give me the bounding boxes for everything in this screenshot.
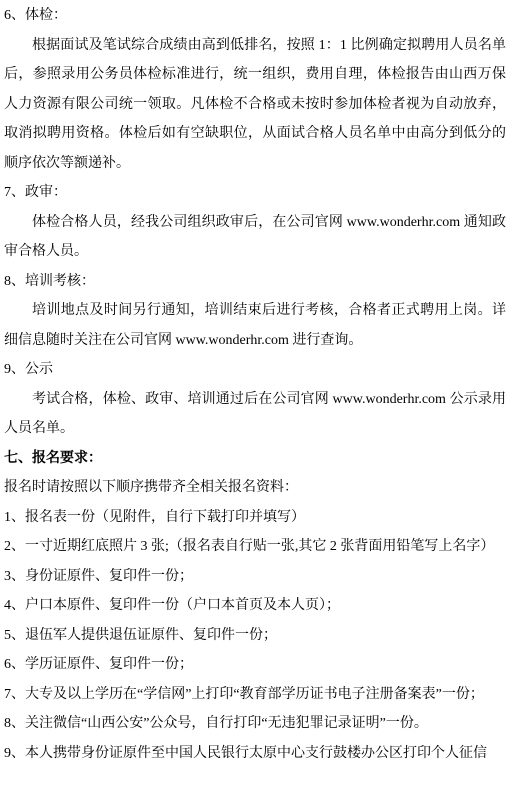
list-item-2-photos: 2、一寸近期红底照片 3 张;（报名表自行贴一张,其它 2 张背面用铅笔写上名字… — [4, 532, 506, 562]
heading-8-training-assessment: 8、培训考核： — [4, 267, 506, 297]
list-item-5-veteran-certificate: 5、退伍军人提供退伍证原件、复印件一份； — [4, 621, 506, 651]
para-application-materials-intro: 报名时请按照以下顺序携带齐全相关报名资料： — [4, 473, 506, 503]
para-physical-exam-details: 根据面试及笔试综合成绩由高到低排名，按照 1：1 比例确定拟聘用人员名单后，参照… — [4, 31, 506, 179]
list-item-8-no-crime-certificate: 8、关注微信“山西公安”公众号，自行打印“无违犯罪记录证明”一份。 — [4, 709, 506, 739]
heading-section-7-application-requirements: 七、报名要求： — [4, 444, 506, 474]
heading-6-physical-exam: 6、体检： — [4, 1, 506, 31]
list-item-4-household-register: 4、户口本原件、复印件一份（户口本首页及本人页）； — [4, 591, 506, 621]
list-item-6-diploma: 6、学历证原件、复印件一份； — [4, 650, 506, 680]
list-item-7-education-verification: 7、大专及以上学历在“学信网”上打印“教育部学历证书电子注册备案表”一份； — [4, 680, 506, 710]
para-public-announcement-details: 考试合格，体检、政审、培训通过后在公司官网 www.wonderhr.com 公… — [4, 385, 506, 444]
heading-7-political-review: 7、政审： — [4, 178, 506, 208]
document-page: 6、体检： 根据面试及笔试综合成绩由高到低排名，按照 1：1 比例确定拟聘用人员… — [0, 0, 510, 798]
para-training-assessment-details: 培训地点及时间另行通知，培训结束后进行考核，合格者正式聘用上岗。详细信息随时关注… — [4, 296, 506, 355]
list-item-1-application-form: 1、报名表一份（见附件，自行下载打印并填写） — [4, 503, 506, 533]
para-political-review-details: 体检合格人员，经我公司组织政审后，在公司官网 www.wonderhr.com … — [4, 208, 506, 267]
list-item-3-id-card: 3、身份证原件、复印件一份； — [4, 562, 506, 592]
list-item-9-credit-report: 9、本人携带身份证原件至中国人民银行太原中心支行鼓楼办公区打印个人征信 — [4, 739, 506, 769]
heading-9-public-announcement: 9、公示 — [4, 355, 506, 385]
